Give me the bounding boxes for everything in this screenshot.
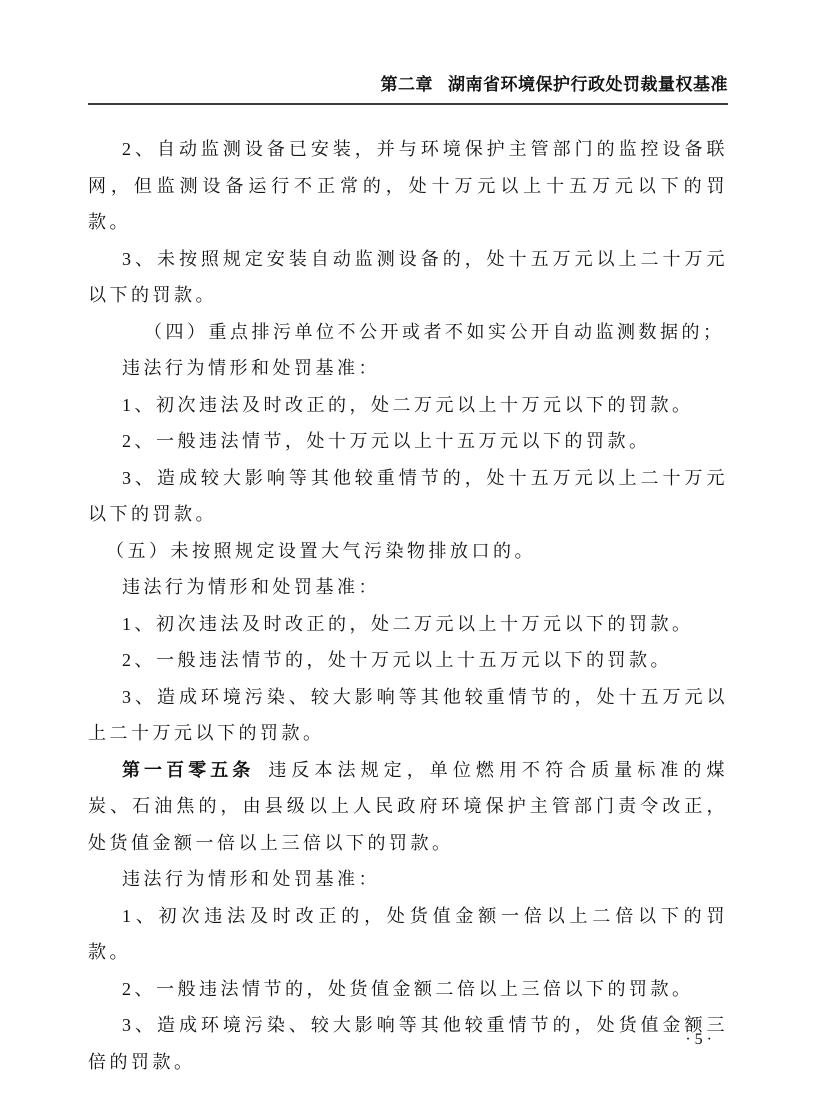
body-paragraph: 3、造成较大影响等其他较重情节的，处十五万元以上二十万元以下的罚款。 [88, 460, 728, 533]
article-number: 第一百零五条 [122, 760, 254, 780]
body-paragraph: 1、初次违法及时改正的，处二万元以上十万元以下的罚款。 [88, 387, 728, 424]
document-body: 2、自动监测设备已安装，并与环境保护主管部门的监控设备联网，但监测设备运行不正常… [88, 105, 728, 1080]
body-paragraph: （四）重点排污单位不公开或者不如实公开自动监测数据的； [88, 314, 728, 351]
body-paragraph: 违法行为情形和处罚基准： [88, 350, 728, 387]
document-page: 第二章湖南省环境保护行政处罚裁量权基准 2、自动监测设备已安装，并与环境保护主管… [0, 0, 816, 1099]
body-paragraph: 2、一般违法情节的，处货值金额二倍以上三倍以下的罚款。 [88, 971, 728, 1008]
page-number: ·5· [685, 1031, 716, 1049]
chapter-title: 湖南省环境保护行政处罚裁量权基准 [448, 75, 728, 94]
body-paragraph: 违法行为情形和处罚基准： [88, 861, 728, 898]
body-paragraph: 2、一般违法情节，处十万元以上十五万元以下的罚款。 [88, 423, 728, 460]
body-paragraph: 2、一般违法情节的，处十万元以上十五万元以下的罚款。 [88, 642, 728, 679]
content-column: 第二章湖南省环境保护行政处罚裁量权基准 2、自动监测设备已安装，并与环境保护主管… [88, 0, 728, 1080]
body-paragraph: 3、造成环境污染、较大影响等其他较重情节的，处十五万元以上二十万元以下的罚款。 [88, 679, 728, 752]
chapter-label: 第二章 [381, 75, 434, 94]
body-paragraph: 1、初次违法及时改正的，处货值金额一倍以上二倍以下的罚款。 [88, 898, 728, 971]
body-paragraph: （五）未按照规定设置大气污染物排放口的。 [88, 533, 728, 570]
body-paragraph: 违法行为情形和处罚基准： [88, 569, 728, 606]
body-paragraph: 1、初次违法及时改正的，处二万元以上十万元以下的罚款。 [88, 606, 728, 643]
body-paragraph: 2、自动监测设备已安装，并与环境保护主管部门的监控设备联网，但监测设备运行不正常… [88, 131, 728, 241]
body-paragraph article-paragraph: 第一百零五条违反本法规定，单位燃用不符合质量标准的煤炭、石油焦的，由县级以上人民… [88, 752, 728, 862]
running-header: 第二章湖南省环境保护行政处罚裁量权基准 [88, 0, 728, 105]
body-paragraph: 3、造成环境污染、较大影响等其他较重情节的，处货值金额三倍的罚款。 [88, 1007, 728, 1080]
body-paragraph: 3、未按照规定安装自动监测设备的，处十五万元以上二十万元以下的罚款。 [88, 241, 728, 314]
